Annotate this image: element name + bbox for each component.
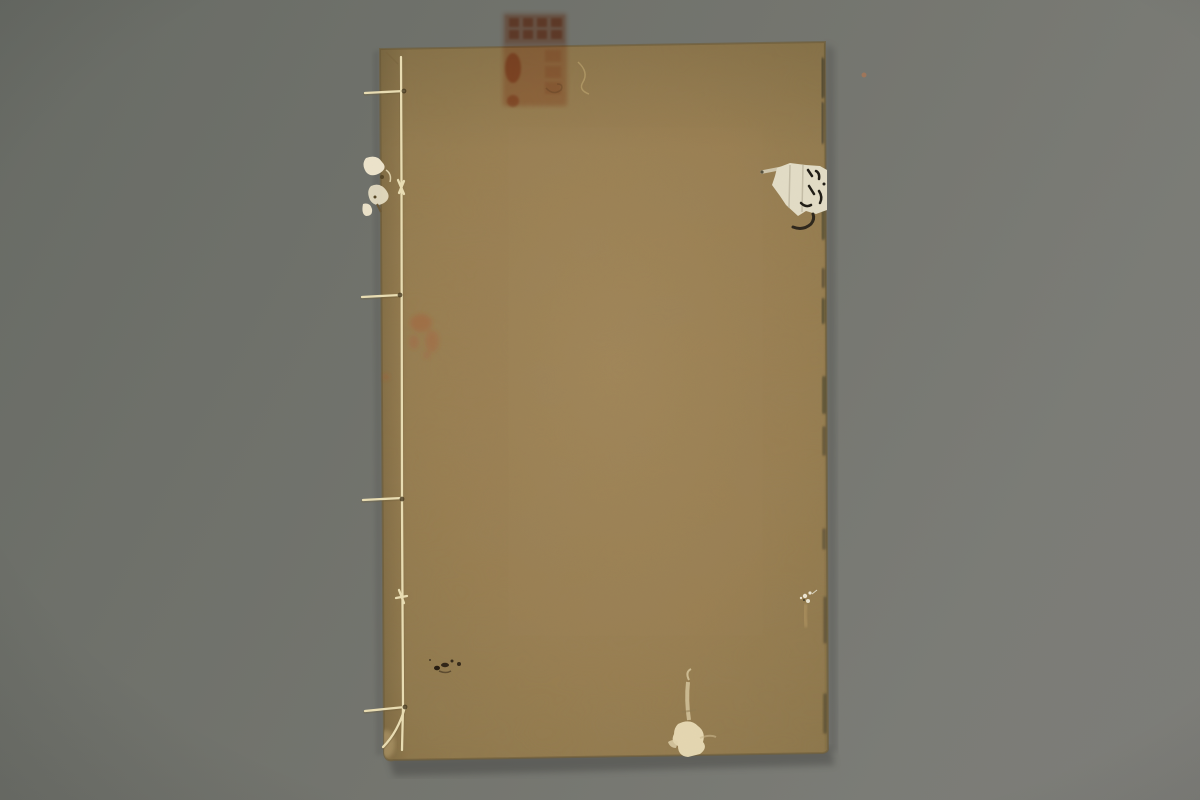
photo-stage: [0, 0, 1200, 800]
book-photo: [0, 0, 1200, 800]
photo-grain: [0, 0, 1200, 800]
